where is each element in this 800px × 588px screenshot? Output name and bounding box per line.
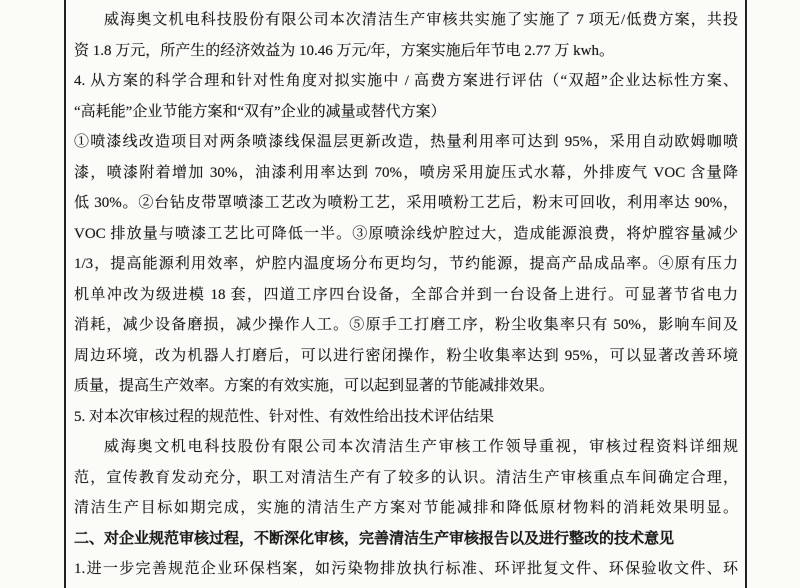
document-text-area: 威海奥文机电科技股份有限公司本次清洁生产审核共实施了实施了 7 项无/低费方案，… [74,5,738,585]
document-line: 机单冲改为级进模 18 套，四道工序四台设备，全部合并到一台设备上进行。可显著节… [74,280,738,311]
document-line: 低 30%。②台钻皮带罩喷漆工艺改为喷粉工艺，采用喷粉工艺后，粉末可回收，利用率… [74,188,738,219]
document-line: 消耗，减少设备磨损，减少操作人工。⑤原手工打磨工序，粉尘收集率只有 50%，影响… [74,310,738,341]
document-line: 5. 对本次审核过程的规范性、针对性、有效性给出技术评估结果 [74,402,738,433]
document-line: 质量，提高生产效率。方案的有效实施，可以起到显著的节能减排效果。 [74,371,738,402]
scanned-document-page: 威海奥文机电科技股份有限公司本次清洁生产审核共实施了实施了 7 项无/低费方案，… [0,0,800,588]
document-line: 1.进一步完善规范企业环保档案，如污染物排放执行标准、环评批复文件、环保验收文件… [74,554,738,585]
document-line: 漆，喷漆附着增加 30%，油漆利用率达到 70%，喷房采用旋压式水幕，外排废气 … [74,158,738,189]
document-line: 1/3，提高能源利用效率，炉腔内温度场分布更均匀，节约能源，提高产品成品率。④原… [74,249,738,280]
document-line: 清洁生产目标如期完成，实施的清洁生产方案对节能减排和降低原材物料的消耗效果明显。 [74,493,738,524]
document-line: VOC 排放量与喷漆工艺比可降低一半。③原喷涂线炉腔过大，造成能源浪费，将炉膛容… [74,219,738,250]
document-line: 威海奥文机电科技股份有限公司本次清洁生产审核共实施了实施了 7 项无/低费方案，… [74,5,738,36]
document-line: 4. 从方案的科学合理和针对性角度对拟实施中 / 高费方案进行评估（“双超”企业… [74,66,738,97]
document-line: 资 1.8 万元，所产生的经济效益为 10.46 万元/年，方案实施后年节电 2… [74,36,738,67]
document-line: “高耗能”企业节能方案和“双有”企业的减量或替代方案） [74,97,738,128]
table-cell-border-right [745,0,747,588]
document-line: 二、对企业规范审核过程，不断深化审核，完善清洁生产审核报告以及进行整改的技术意见 [74,524,738,555]
document-line: 范，宣传教育发动充分，职工对清洁生产有了较多的认识。清洁生产审核重点车间确定合理… [74,463,738,494]
document-line: 威海奥文机电科技股份有限公司本次清洁生产审核工作领导重视，审核过程资料详细规 [74,432,738,463]
document-line: ①喷漆线改造项目对两条喷漆线保温层更新改造，热量利用率可达到 95%，采用自动欧… [74,127,738,158]
document-line: 周边环境，改为机器人打磨后，可以进行密闭操作，粉尘收集率达到 95%，可以显著改… [74,341,738,372]
table-cell-border-left [64,0,66,588]
